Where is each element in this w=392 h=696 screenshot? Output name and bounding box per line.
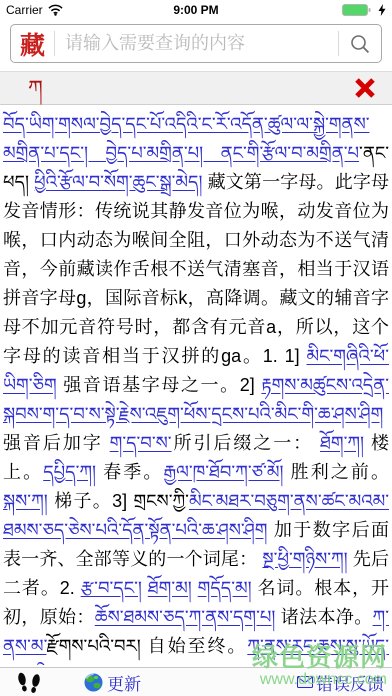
headword-letter[interactable]: ཀ <box>28 78 43 99</box>
entry-text: བོད་ཡིག་གསལ་བྱེད་དང་པོ་འདིའི་ང་རོ་འདོན་ཚ… <box>0 105 392 665</box>
entry-run: 强音后加字 <box>3 433 110 453</box>
tibetan-link[interactable]: ཕྱིའི་རྩོལ་བ་སོག་ཆུང་སྒྲ་མེད། <box>34 172 202 192</box>
tibetan-link[interactable]: ཐོག་མ། <box>148 578 192 598</box>
entry-run: གྲངས་ཀྱི་ <box>133 491 188 511</box>
battery-icon <box>342 4 376 16</box>
tibetan-link[interactable]: ག་ད་བ་ས་ <box>110 433 172 453</box>
envelope-icon <box>297 676 313 688</box>
close-x-icon <box>354 77 376 99</box>
status-bar: Carrier 9:00 PM <box>0 0 392 20</box>
tibetan-link[interactable]: གདོད་མ། <box>198 578 252 598</box>
tibetan-link[interactable]: སྔ་ཕྱི་གཉིས་ཀ། <box>262 549 347 569</box>
entry-run: 自始至终。 <box>141 636 248 656</box>
search-bar: 藏 <box>0 20 392 71</box>
bottom-toolbar: 更新 错误反馈 <box>0 667 392 696</box>
entry-run: རྫོགས་པའི་བར། <box>46 636 140 656</box>
magnifier-icon <box>349 33 371 55</box>
charging-bolt-icon <box>378 4 386 16</box>
search-box: 藏 <box>10 24 382 63</box>
close-button[interactable] <box>354 77 376 99</box>
footprints-icon[interactable] <box>16 671 46 693</box>
feedback-button[interactable]: 错误反馈 <box>297 670 384 695</box>
wifi-icon <box>48 4 63 16</box>
entry-run: 所引后缀之一： <box>172 433 320 453</box>
entry-run: 春季。 <box>96 462 163 482</box>
letter-result-bar: ཀ <box>0 71 392 105</box>
tibetan-link[interactable]: ཆོས་ཐམས་ཅད་ཀ་ནས་དག་པ། <box>95 607 276 627</box>
app-window: Carrier 9:00 PM <box>0 0 392 696</box>
tibetan-link[interactable]: རྒྱལ་ཁ་ཐོབ་ཀ་ཙ་མོ། <box>163 462 283 482</box>
tibetan-link[interactable]: བོད་ཡིག་གསལ་བྱེད་དང་པོ་འདིའི་ང་རོ་འདོན་ཚ… <box>3 114 370 163</box>
tibetan-link[interactable]: དཔྱིད་ཀ། <box>43 462 96 482</box>
tibetan-link[interactable]: སྐས་ཀ། <box>3 491 48 511</box>
update-label: 更新 <box>107 670 141 695</box>
entry-run: 诸法本净。 <box>275 607 372 627</box>
entry-run: 强音语基字母之一。2] <box>57 375 262 395</box>
search-input[interactable] <box>55 25 338 62</box>
entry-run: 藏文第一字母。此字母发音情形：传统说其静发音位为喉，动发音位为喉，口内动态为喉间… <box>3 172 389 366</box>
entry-run: 梯子。3] <box>48 491 134 511</box>
update-button[interactable]: 更新 <box>84 670 141 695</box>
feedback-label: 错误反馈 <box>316 670 384 695</box>
entry-run: 胜利之前。 <box>284 462 390 482</box>
tibetan-link[interactable]: རྩ་བ་དང་། <box>81 578 142 598</box>
tibetan-link[interactable]: ཐོག་ཀ། <box>320 433 364 453</box>
carrier-label: Carrier <box>6 3 43 17</box>
language-badge: 藏 <box>11 25 54 62</box>
globe-icon <box>84 673 103 692</box>
search-button[interactable] <box>339 25 381 62</box>
